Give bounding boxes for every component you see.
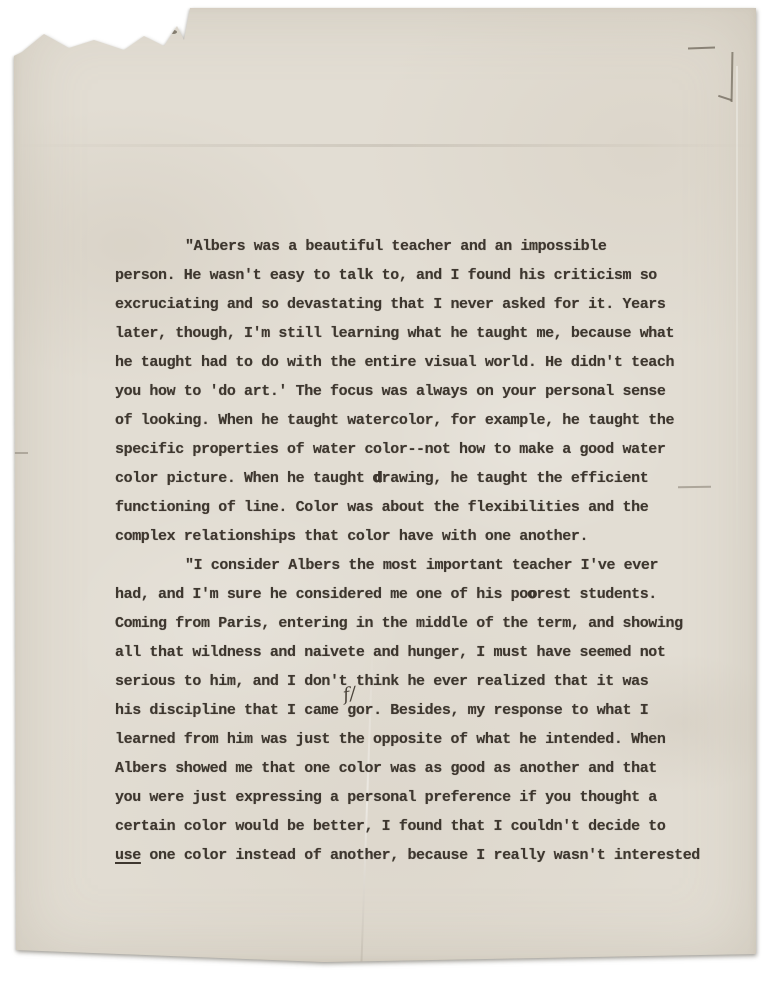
text-line: complex relationships that color have wi… [115,522,735,551]
underlined-word: use [115,847,141,864]
paper-shadow: "Albers was a beautiful teacher and an i… [14,6,756,962]
left-edge-crease-mark [14,452,28,454]
crease-line [14,144,756,147]
text-line: Albers showed me that one color was as g… [115,754,735,783]
text-line: you were just expressing a personal pref… [115,783,735,812]
text-segment: rawing, he taught the efficient [382,470,649,487]
text-line: "I consider Albers the most important te… [115,551,735,580]
crease-line [736,66,738,686]
text-segment: rest students. [536,586,656,603]
typewritten-text: "Albers was a beautiful teacher and an i… [115,232,735,870]
overstruck-letter: d [373,470,382,487]
text-segment: color picture. When he taught [115,470,373,487]
page-background: "Albers was a beautiful teacher and an i… [0,0,767,984]
text-line: use one color instead of another, becaus… [115,841,735,870]
text-segment: . Besides, my response to what I [373,702,648,719]
text-line: color picture. When he taught drawing, h… [115,464,735,493]
text-line: "Albers was a beautiful teacher and an i… [115,232,735,261]
text-line: he taught had to do with the entire visu… [115,348,735,377]
text-line: all that wildness and naivete and hunger… [115,638,735,667]
text-line: serious to him, and I don't think he eve… [115,667,735,696]
text-line: you how to 'do art.' The focus was alway… [115,377,735,406]
text-segment: one color instead of another, because I … [141,847,700,864]
pencil-bracket-foot [718,95,732,101]
scanned-paper: "Albers was a beautiful teacher and an i… [14,6,756,962]
text-line: later, though, I'm still learning what h… [115,319,735,348]
paper-speck [170,30,177,34]
text-segment: had, and I'm sure he considered me one o… [115,586,528,603]
text-line: certain color would be better, I found t… [115,812,735,841]
text-line: person. He wasn't easy to talk to, and I… [115,261,735,290]
text-line: excruciating and so devastating that I n… [115,290,735,319]
text-line: of looking. When he taught watercolor, f… [115,406,735,435]
text-line: Coming from Paris, entering in the middl… [115,609,735,638]
text-line: functioning of line. Color was about the… [115,493,735,522]
pencil-bracket-top [688,47,715,50]
text-line: specific properties of water color--not … [115,435,735,464]
text-line: had, and I'm sure he considered me one o… [115,580,735,609]
pencil-bracket-side [731,52,734,102]
text-line: his discipline that I came gor. Besides,… [115,696,735,725]
text-segment: his discipline that I came [115,702,347,719]
text-line: learned from him was just the opposite o… [115,725,735,754]
